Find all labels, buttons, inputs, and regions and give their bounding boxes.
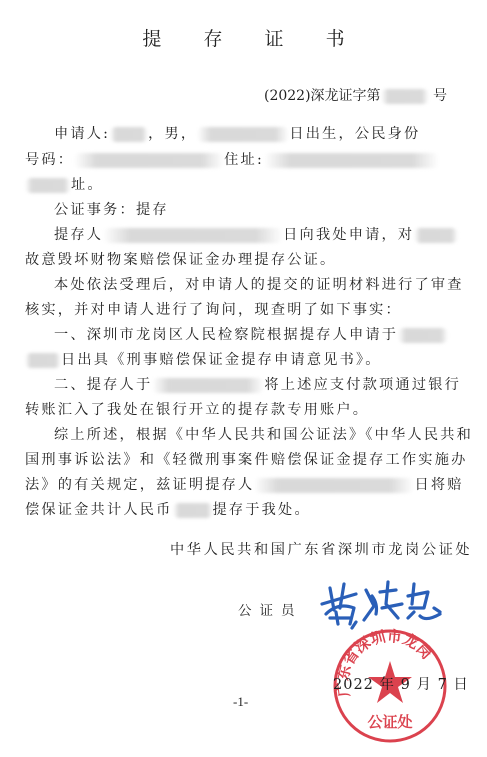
summary-line-2: 国刑事诉讼法》和《轻微刑事案件赔偿保证金提存工作实施办 [25,451,467,469]
redacted-date [152,378,264,393]
applicant-line-3: 址。 [25,176,104,194]
text: 住址: [224,152,264,168]
text: 二、提存人于 [54,377,152,393]
redacted-date [398,328,448,343]
notary-label: 公证员 [238,599,303,619]
text: 一、深圳市龙岗区人民检察院根据提存人申请于 [54,327,398,343]
fact2-line-2: 转账汇入了我处在银行开立的提存款专用账户。 [25,401,369,419]
review-line-1: 本处依法受理后，对申请人的提交的证明材料进行了审查 [54,276,464,294]
redacted-id-number [74,153,224,168]
applicant-line-1: 申请人:，男，日出生，公民身份 [54,125,420,143]
notary-signature [316,574,446,630]
redacted-amount [173,503,213,518]
text: 提存于我处。 [213,502,311,518]
fact1-line-1: 一、深圳市龙岗区人民检察院根据提存人申请于 [54,326,448,344]
summary-line-3: 法》的有关规定，兹证明提存人日将赔 [25,476,464,494]
text: 日向我处申请，对 [283,227,414,243]
text: 申请人: [54,126,110,142]
redacted-date-cont [25,353,61,368]
redacted-address-cont [25,178,71,193]
text: 号码： [25,152,74,168]
title-char: 提 [142,24,161,51]
redacted-name [414,228,458,243]
redacted-date [254,478,414,493]
depositor-line-1: 提存人日向我处申请，对 [54,226,458,244]
svg-text:公证处: 公证处 [367,713,412,731]
doc-number-suffix: 号 [433,88,447,104]
summary-line-4: 偿保证金共计人民币提存于我处。 [25,501,311,519]
document-number: (2022)深龙证字第 号 [264,85,447,105]
redacted-address [264,153,439,168]
page-number: -1- [233,694,248,710]
summary-line-1: 综上所述，根据《中华人民共和国公证法》《中华人民共和 [54,426,473,444]
depositor-line-2: 故意毁坏财物案赔偿保证金办理提存公证。 [25,251,336,269]
text: 偿保证金共计人民币 [25,502,173,518]
matter-line: 公证事务：提存 [54,201,169,219]
text: 日将赔 [414,477,463,493]
redacted-date [103,228,283,243]
title-char: 存 [203,24,222,51]
redacted-field [381,89,429,104]
title-char: 书 [326,24,345,51]
fact2-line-1: 二、提存人于将上述应支付款项通过银行 [54,376,461,394]
redacted-birthdate [197,127,289,142]
redacted-name [110,127,148,142]
fact1-line-2: 日出具《刑事赔偿保证金提存申请意见书》。 [25,351,382,369]
text: 法》的有关规定，兹证明提存人 [25,477,254,493]
page-title: 提 存 证 书 [0,24,487,51]
issue-date: 2022 年 9 月 7 日 [333,673,469,694]
issuing-office: 中华人民共和国广东省深圳市龙岗公证处 [170,539,472,559]
doc-number-prefix: (2022)深龙证字第 [264,88,381,104]
text: 日出生，公民身份 [289,126,420,142]
applicant-line-2: 号码：住址: [25,151,439,169]
text: 日出具《刑事赔偿保证金提存申请意见书》。 [61,352,382,368]
text: ，男， [148,126,197,142]
title-char: 证 [265,24,284,51]
text: 址。 [71,177,104,193]
text: 提存人 [54,227,103,243]
text: 将上述应支付款项通过银行 [264,377,461,393]
review-line-2: 核实，并对申请人进行了询问，现查明了如下事实： [25,301,402,319]
